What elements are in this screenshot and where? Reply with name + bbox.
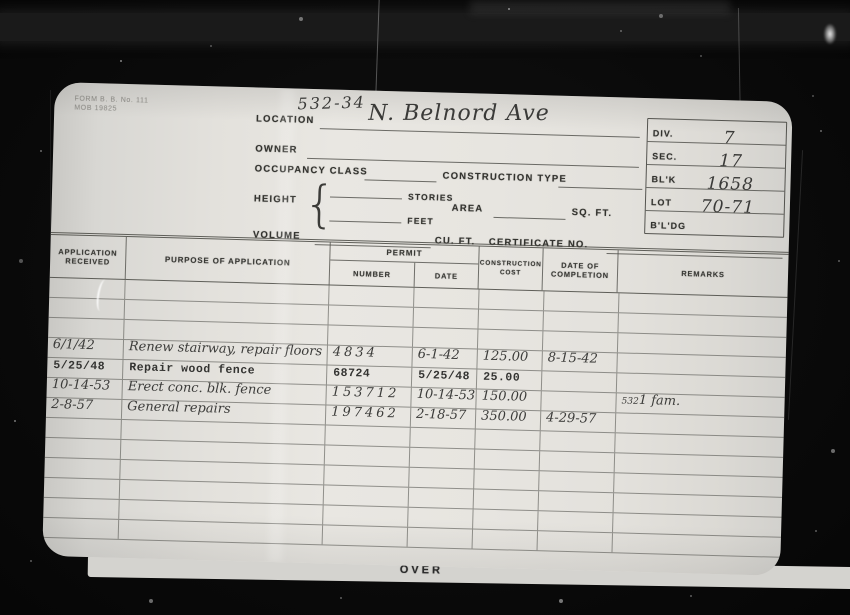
owner-label: OWNER	[255, 143, 298, 155]
parcel-label: SEC.	[647, 151, 677, 165]
cell-permit-number	[325, 445, 410, 466]
parcel-label: LOT	[646, 197, 672, 211]
cell-construction-cost: 150.00	[476, 390, 541, 411]
film-specks	[0, 0, 2, 2]
cell-application-received	[42, 538, 117, 559]
header-date-of-completion: DATE OF COMPLETION	[543, 248, 619, 292]
area-line	[493, 217, 565, 220]
cell-permit-date: 10-14-53	[411, 388, 476, 409]
cell-date-of-completion	[542, 371, 617, 392]
cell-permit-number: 68724	[327, 365, 412, 386]
header-purpose: PURPOSE OF APPLICATION	[126, 237, 331, 285]
location-street-handwritten: N. Belnord Ave	[368, 101, 550, 126]
cell-permit-date: 2-18-57	[411, 408, 476, 429]
cell-construction-cost: 350.00	[476, 410, 541, 431]
cell-permit-number	[320, 545, 404, 566]
cell-date-of-completion	[538, 531, 613, 552]
film-top-glow	[470, 0, 730, 14]
cell-permit-date	[410, 448, 475, 469]
construction-type-label: CONSTRUCTION TYPE	[442, 171, 567, 185]
cell-permit-number: 4834	[327, 345, 412, 366]
cell-application-received	[45, 418, 121, 439]
height-brace: {	[303, 175, 336, 234]
parcel-row: B'L'DG	[645, 211, 784, 237]
cell-application-received	[44, 458, 120, 479]
form-number: FORM B. B. No. 111 MOB 19825	[74, 95, 148, 115]
sqft-label: SQ. FT.	[572, 207, 613, 219]
cell-application-received	[43, 518, 119, 539]
header-construction-cost: CONSTRUCTION COST	[479, 247, 544, 291]
height-label: HEIGHT	[254, 193, 297, 205]
header-number: NUMBER	[330, 261, 416, 287]
location-line	[320, 128, 640, 138]
header-application-received: APPLICATION RECEIVED	[50, 235, 127, 279]
occupancy-line	[364, 179, 436, 182]
feet-line	[329, 220, 401, 223]
parcel-label: BL'K	[646, 174, 676, 188]
stories-label: STORIES	[408, 192, 454, 203]
microfilm-frame: OVER FORM B. B. No. 111 MOB 19825 532-34…	[0, 0, 850, 615]
cell-permit-number: 197462	[326, 405, 411, 426]
cell-permit-date	[410, 428, 475, 449]
cell-permit-number	[323, 505, 408, 526]
header-permit-group: PERMIT NUMBER DATE	[330, 243, 480, 289]
permit-table: APPLICATION RECEIVED PURPOSE OF APPLICAT…	[42, 232, 788, 576]
parcel-value-handwritten	[686, 236, 783, 239]
cell-date-of-completion	[539, 491, 614, 512]
cell-construction-cost: 25.00	[477, 370, 542, 391]
cell-permit-date	[408, 528, 473, 549]
cell-construction-cost	[468, 549, 532, 570]
cell-application-received: 6/1/42	[48, 338, 124, 359]
cell-application-received	[44, 478, 120, 499]
cell-application-received	[49, 278, 125, 299]
area-label: AREA	[452, 203, 484, 215]
cell-application-received: 2-8-57	[46, 398, 122, 419]
cell-date-of-completion	[543, 331, 618, 352]
cell-construction-cost	[474, 489, 539, 510]
cell-permit-number: 153712	[326, 385, 411, 406]
cell-permit-number	[328, 325, 413, 346]
cell-date-of-completion	[541, 391, 616, 412]
cell-date-of-completion	[540, 451, 615, 472]
cell-date-of-completion: 8-15-42	[542, 351, 617, 372]
location-label: LOCATION	[256, 113, 315, 126]
cell-date-of-completion	[543, 311, 618, 332]
header-remarks: REMARKS	[618, 250, 789, 297]
feet-label: FEET	[407, 216, 434, 227]
cell-permit-date	[409, 488, 474, 509]
cell-permit-date: 6-1-42	[412, 348, 477, 369]
cell-application-received	[49, 298, 125, 319]
cell-construction-cost	[473, 529, 538, 550]
cell-application-received	[45, 438, 121, 459]
cell-date-of-completion	[540, 431, 615, 452]
stories-line	[330, 196, 402, 199]
cell-construction-cost	[479, 290, 544, 311]
cell-permit-date	[413, 328, 478, 349]
cell-application-received: 10-14-53	[46, 378, 122, 399]
header-date: DATE	[415, 263, 479, 289]
cell-construction-cost	[478, 310, 543, 331]
cell-construction-cost	[475, 450, 540, 471]
cell-permit-number	[323, 525, 408, 546]
cell-permit-number	[325, 425, 410, 446]
cell-permit-date	[414, 308, 479, 329]
cell-permit-date	[408, 508, 473, 529]
cell-permit-number	[324, 465, 409, 486]
permit-record-card: FORM B. B. No. 111 MOB 19825 532-34 N. B…	[42, 82, 793, 576]
permit-table-body: 6/1/42 Renew stairway, repair floors 483…	[42, 278, 787, 576]
cell-construction-cost	[478, 330, 543, 351]
film-top-band	[0, 13, 850, 41]
parcel-label: DIV.	[648, 128, 674, 142]
cell-date-of-completion	[544, 291, 619, 312]
parcel-box: DIV. 7 SEC. 17 BL'K 1658 LOT 70-71 B'L'D…	[644, 118, 787, 238]
cell-application-received	[43, 498, 119, 519]
construction-type-line	[558, 187, 642, 190]
cell-permit-number	[329, 286, 414, 307]
cell-construction-cost	[473, 509, 538, 530]
cell-permit-number	[324, 485, 409, 506]
cell-date-of-completion: 4-29-57	[541, 411, 616, 432]
parcel-label: B'L'DG	[645, 220, 686, 234]
location-house-number-handwritten: 532-34	[297, 93, 366, 114]
cell-construction-cost	[475, 430, 540, 451]
cell-application-received	[48, 318, 124, 339]
cell-construction-cost	[474, 469, 539, 490]
cell-permit-date	[409, 468, 474, 489]
cell-date-of-completion	[538, 511, 613, 532]
cell-permit-date: 5/25/48	[412, 368, 477, 389]
cell-application-received: 5/25/48	[47, 358, 123, 379]
film-bright-spot	[824, 24, 836, 44]
cell-permit-date	[414, 288, 479, 309]
cell-construction-cost: 125.00	[477, 350, 542, 371]
cell-date-of-completion	[539, 471, 614, 492]
cell-permit-date	[404, 548, 468, 569]
cell-date-of-completion	[532, 551, 606, 572]
cell-permit-number	[329, 305, 414, 326]
